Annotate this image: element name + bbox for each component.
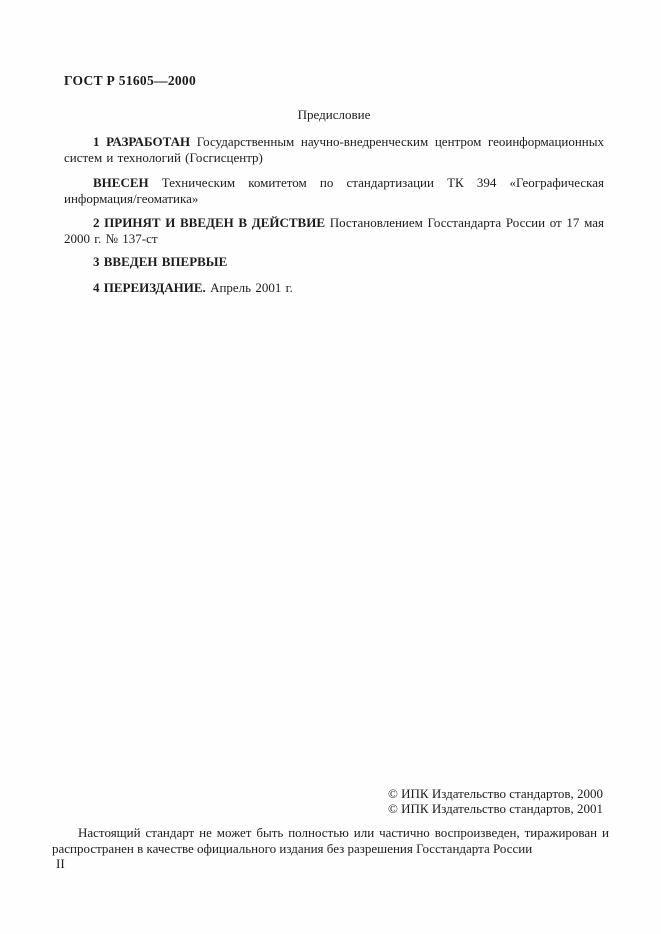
copyright-block: © ИПК Издательство стандартов, 2000 © ИП… [388,786,603,816]
foreword-lead: 4 ПЕРЕИЗДАНИЕ. [93,280,206,295]
foreword-item-first-edition: 3 ВВЕДЕН ВПЕРВЫЕ [64,254,604,270]
copyright-line-2001: © ИПК Издательство стандартов, 2001 [388,801,603,816]
page-title: Предисловие [64,107,604,123]
reproduction-disclaimer: Настоящий стандарт не может быть полност… [52,825,609,857]
page-number: II [56,856,65,872]
document-page: ГОСТ Р 51605—2000 Предисловие 1 РАЗРАБОТ… [0,0,661,934]
foreword-lead: 3 ВВЕДЕН ВПЕРВЫЕ [93,254,227,269]
foreword-text: Апрель 2001 г. [210,280,293,295]
foreword-item-submitted: ВНЕСЕН Техническим комитетом по стандарт… [64,175,604,207]
foreword-item-adopted: 2 ПРИНЯТ И ВВЕДЕН В ДЕЙСТВИЕ Постановлен… [64,215,604,247]
foreword-lead: ВНЕСЕН [93,175,149,190]
document-code: ГОСТ Р 51605—2000 [64,73,604,89]
page-content: ГОСТ Р 51605—2000 Предисловие 1 РАЗРАБОТ… [0,73,661,296]
foreword-lead: 1 РАЗРАБОТАН [93,134,190,149]
foreword-item-developed: 1 РАЗРАБОТАН Государственным научно-внед… [64,134,604,166]
foreword-lead: 2 ПРИНЯТ И ВВЕДЕН В ДЕЙСТВИЕ [93,215,325,230]
copyright-line-2000: © ИПК Издательство стандартов, 2000 [388,786,603,801]
foreword-item-reissue: 4 ПЕРЕИЗДАНИЕ. Апрель 2001 г. [64,280,604,296]
